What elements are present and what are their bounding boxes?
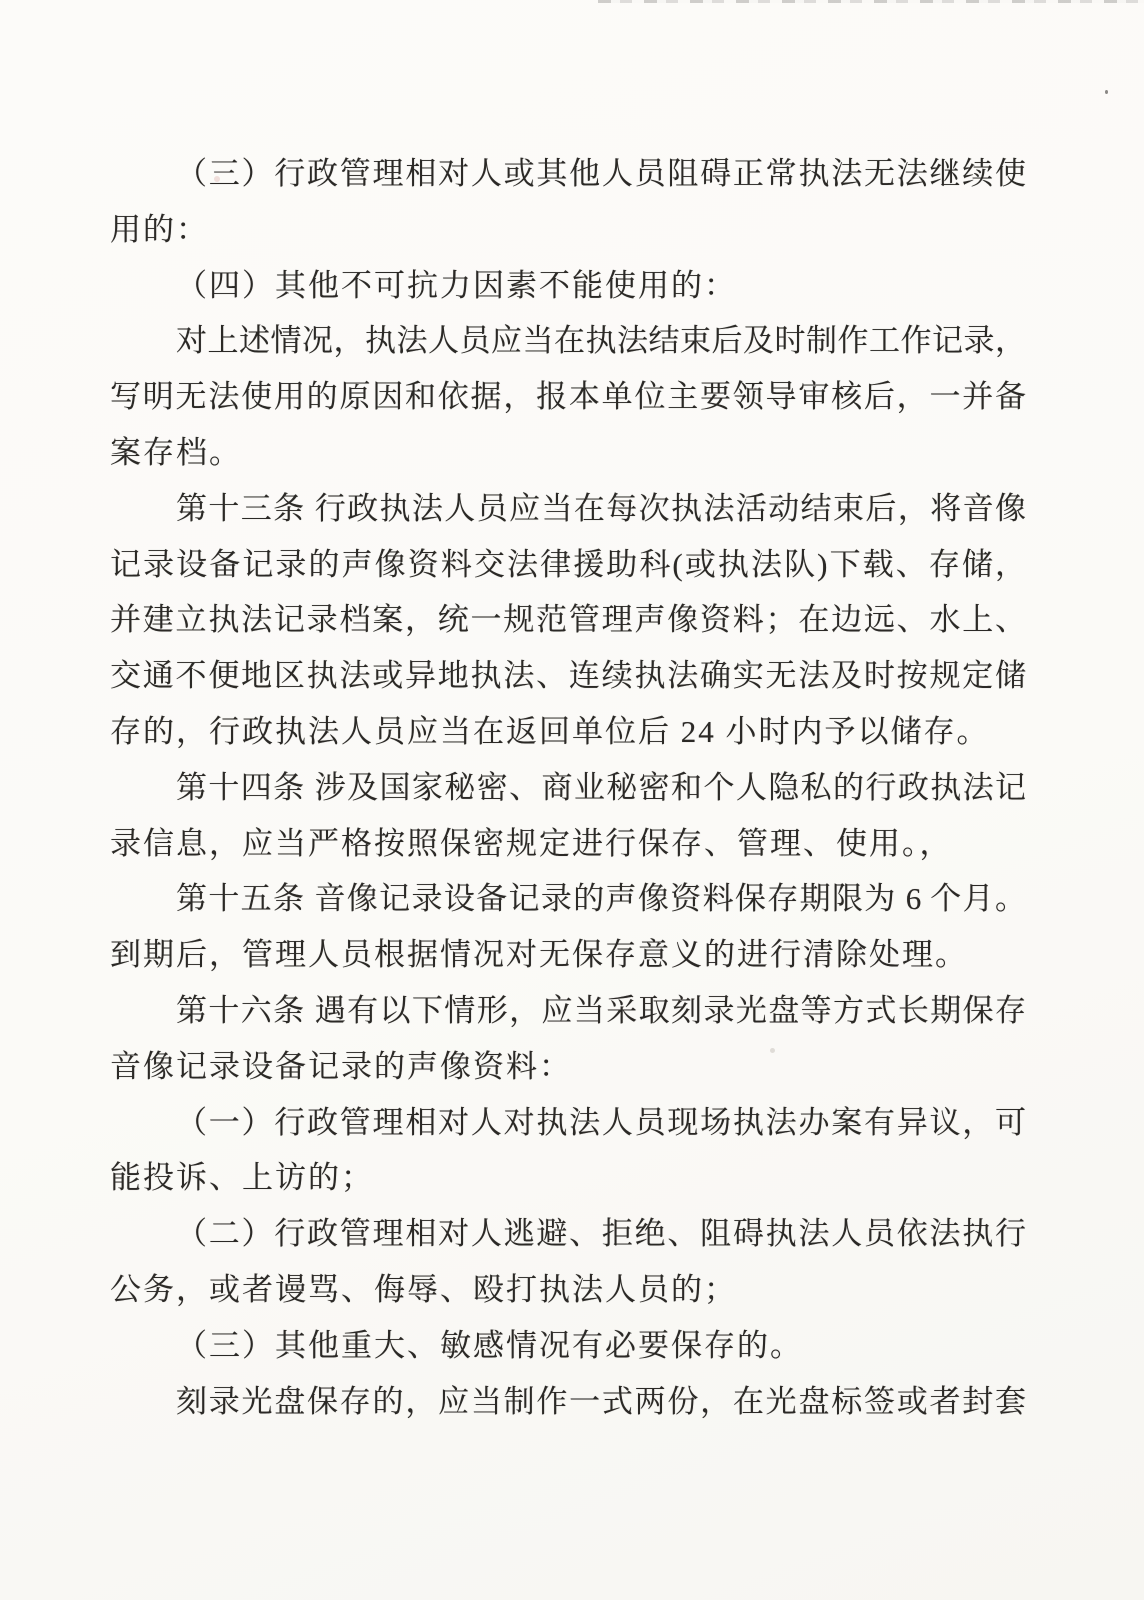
text-line: （四）其他不可抗力因素不能使用的： — [110, 258, 1026, 314]
text-line: 到期后，管理人员根据情况对无保存意义的进行清除处理。 — [110, 927, 1026, 983]
text-line: 记录设备记录的声像资料交法律援助科(或执法队)下载、存储， — [110, 537, 1026, 593]
text-line: 刻录光盘保存的，应当制作一式两份，在光盘标签或者封套 — [110, 1374, 1026, 1430]
text-line: （二）行政管理相对人逃避、拒绝、阻碍执法人员依法执行 — [110, 1206, 1026, 1262]
text-line: 对上述情况，执法人员应当在执法结束后及时制作工作记录， — [110, 313, 1026, 369]
text-line: 交通不便地区执法或异地执法、连续执法确实无法及时按规定储 — [110, 648, 1026, 704]
text-line: 公务，或者谩骂、侮辱、殴打执法人员的； — [110, 1262, 1026, 1318]
scan-speck — [1105, 90, 1108, 94]
text-line: 音像记录设备记录的声像资料： — [110, 1039, 1026, 1095]
text-line: （三）其他重大、敏感情况有必要保存的。 — [110, 1318, 1026, 1374]
text-line: 录信息，应当严格按照保密规定进行保存、管理、使用。， — [110, 816, 1026, 872]
text-line: 第十三条 行政执法人员应当在每次执法活动结束后，将音像 — [110, 481, 1026, 537]
text-line: 第十六条 遇有以下情形，应当采取刻录光盘等方式长期保存 — [110, 983, 1026, 1039]
text-line: 并建立执法记录档案，统一规范管理声像资料；在边远、水上、 — [110, 592, 1026, 648]
text-line: 用的： — [110, 202, 1026, 258]
document-body: （三）行政管理相对人或其他人员阻碍正常执法无法继续使用的：（四）其他不可抗力因素… — [110, 146, 1026, 1429]
scanned-page: （三）行政管理相对人或其他人员阻碍正常执法无法继续使用的：（四）其他不可抗力因素… — [0, 0, 1144, 1600]
text-line: （三）行政管理相对人或其他人员阻碍正常执法无法继续使 — [110, 146, 1026, 202]
scan-bleed-artifact — [598, 0, 1144, 3]
text-line: 存的，行政执法人员应当在返回单位后 24 小时内予以储存。 — [110, 704, 1026, 760]
text-line: 能投诉、上访的； — [110, 1150, 1026, 1206]
text-line: （一）行政管理相对人对执法人员现场执法办案有异议，可 — [110, 1095, 1026, 1151]
text-line: 案存档。 — [110, 425, 1026, 481]
text-line: 第十五条 音像记录设备记录的声像资料保存期限为 6 个月。 — [110, 871, 1026, 927]
text-line: 写明无法使用的原因和依据，报本单位主要领导审核后，一并备 — [110, 369, 1026, 425]
text-line: 第十四条 涉及国家秘密、商业秘密和个人隐私的行政执法记 — [110, 760, 1026, 816]
